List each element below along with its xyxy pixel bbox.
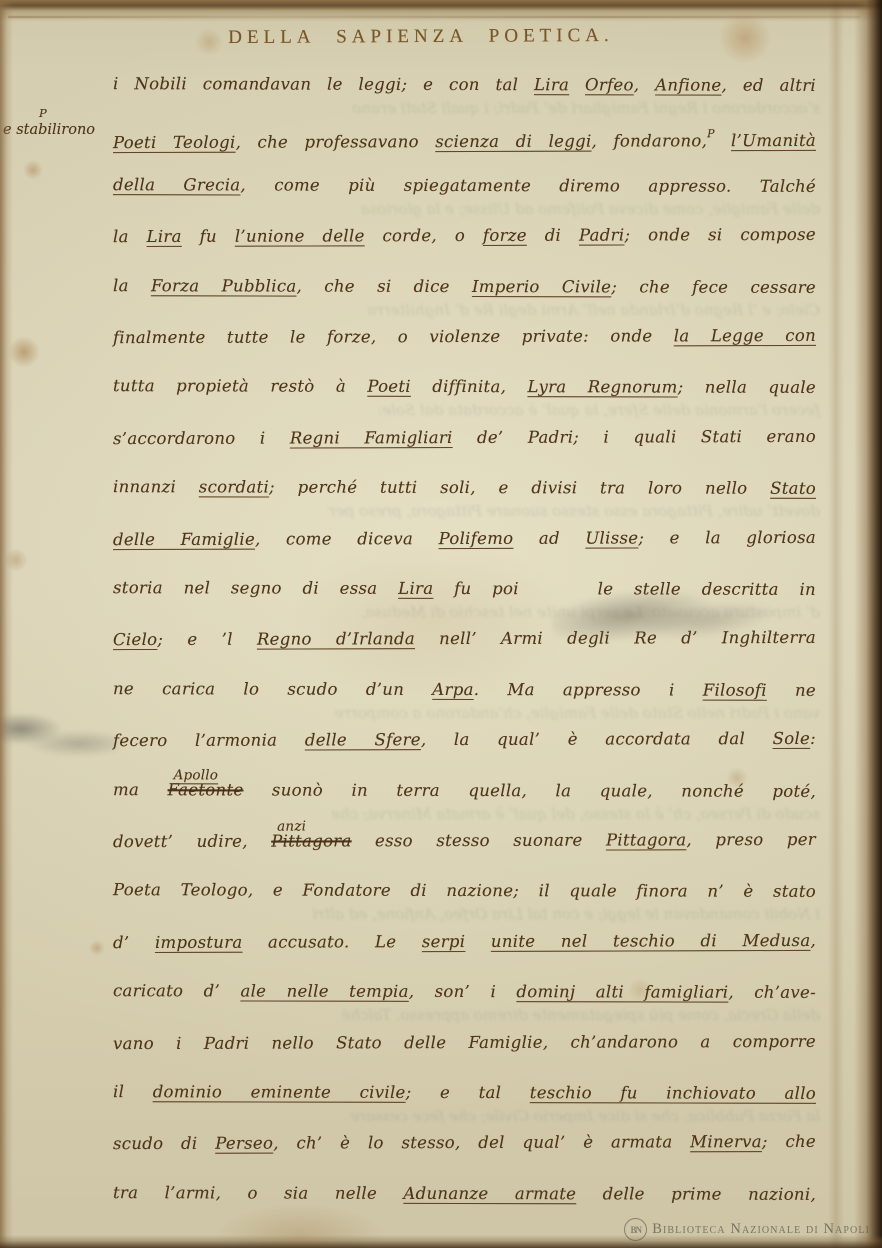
- manuscript-line: innanzi scordati; perché tutti soli, e d…: [113, 475, 816, 507]
- manuscript-line: della Grecia, come più spiegatamente dir…: [113, 173, 816, 205]
- manuscript-line: scudo di Perseo, ch’ è lo stesso, del qu…: [113, 1130, 816, 1162]
- interlinear-correction: Apollo: [174, 763, 219, 787]
- manuscript-line: fecero l’armonia delle Sfere, la qual’ è…: [113, 727, 816, 759]
- manuscript-line: Poeta Teologo, e Fondatore di nazione; i…: [113, 879, 816, 911]
- manuscript-line: d’ impostura accusato. Le serpi unite ne…: [113, 929, 816, 961]
- manuscript-line: caricato d’ ale nelle tempia, son’ i dom…: [113, 979, 816, 1011]
- manuscript-line: dovett’ udire, anziPittagora esso stesso…: [113, 828, 816, 860]
- manuscript-line: delle Famiglie, come diceva Polifemo ad …: [113, 525, 816, 557]
- manuscript-text: i Nobili comandavan le leggi; e con tal …: [0, 0, 882, 1248]
- manuscript-line: il dominio eminente civile; e tal teschi…: [113, 1080, 816, 1112]
- manuscript-line: storia nel segno di essa Lira fu poi le …: [113, 576, 816, 608]
- manuscript-line: tutta propietà restò à Poeti diffinita, …: [113, 375, 816, 407]
- manuscript-line: tra l’armi, o sia nelle Adunanze armate …: [113, 1181, 816, 1213]
- manuscript-line: la Lira fu l’unione delle corde, o forze…: [113, 223, 816, 255]
- manuscript-line: finalmente tutte le forze, o violenze pr…: [113, 324, 816, 356]
- manuscript-line: Cielo; e ’l Regno d’Irlanda nell’ Armi d…: [113, 626, 816, 658]
- interlinear-correction: anzi: [277, 814, 306, 838]
- manuscript-line: ma ApolloFaetonte suonò in terra quella,…: [113, 778, 816, 810]
- manuscript-line: Poeti Teologi, che professavano scienza …: [113, 122, 816, 154]
- manuscript-line: la Forza Pubblica, che si dice Imperio C…: [113, 274, 816, 306]
- manuscript-line: vano i Padri nello Stato delle Famiglie,…: [113, 1029, 816, 1061]
- manuscript-line: i Nobili comandavan le leggi; e con tal …: [113, 72, 816, 104]
- manuscript-page: s’accordarono i Regni Famigliari de’ Pad…: [0, 0, 882, 1248]
- manuscript-line: ne carica lo scudo d’un Arpa. Ma appress…: [113, 677, 816, 709]
- manuscript-line: s’accordarono i Regni Famigliari de’ Pad…: [113, 425, 816, 457]
